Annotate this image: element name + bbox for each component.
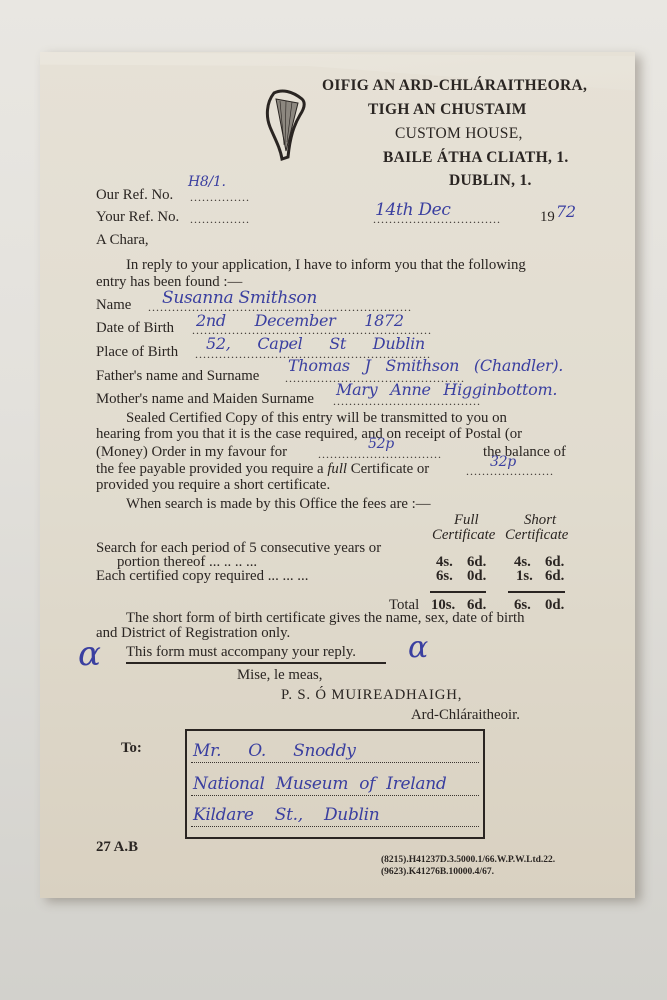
fee-row-2-full-s: 6s.: [436, 568, 453, 585]
address-box: Mr. O. Snoddy National Museum of Ireland…: [185, 729, 485, 839]
address-line-rule-1: [191, 762, 479, 763]
fee-row-2-short-d: 6d.: [545, 568, 564, 585]
balance-value: 52p: [368, 436, 394, 452]
office-name-irish: OIFIG AN ARD-CHLÁRAITHEORA,: [322, 77, 587, 95]
full-total-rule: [430, 591, 486, 593]
pob-value: 52, Capel St Dublin: [206, 334, 425, 353]
full-italic: full: [327, 461, 347, 477]
sealed-line-5: provided you require a short certificate…: [96, 477, 330, 494]
dob-label: Date of Birth: [96, 320, 174, 337]
building-name-irish: TIGH AN CHUSTAIM: [368, 101, 527, 119]
printer-code-1: (8215).H41237D.3.5000.1/66.W.P.W.Ltd.22.: [381, 855, 555, 865]
handwritten-mark-right: α: [408, 630, 428, 665]
mother-label: Mother's name and Maiden Surname: [96, 391, 314, 408]
col-full-2: Certificate: [432, 527, 495, 544]
sealed-line-1: Sealed Certified Copy of this entry will…: [126, 410, 507, 427]
address-line-rule-3: [191, 826, 479, 827]
city-irish: BAILE ÁTHA CLIATH, 1.: [383, 149, 569, 167]
father-label: Father's name and Surname: [96, 368, 259, 385]
sealed-line-4b-text: Certificate or: [351, 461, 429, 477]
accompany-notice: This form must accompany your reply.: [126, 644, 356, 661]
date-day-month: 14th Dec: [375, 200, 451, 220]
printer-code-2: (9623).K41276B.10000.4/67.: [381, 867, 494, 877]
address-line-3: Kildare St., Dublin: [193, 805, 379, 825]
address-line-1: Mr. O. Snoddy: [193, 741, 356, 761]
address-line-rule-2: [191, 795, 479, 796]
your-ref-label: Your Ref. No.: [96, 209, 179, 226]
total-short-d: 0d.: [545, 597, 564, 614]
father-value: Thomas J Smithson (Chandler).: [288, 356, 563, 375]
sealed-line-2: hearing from you that it is the case req…: [96, 426, 522, 443]
intro-line-1: In reply to your application, I have to …: [126, 257, 526, 274]
name-label: Name: [96, 297, 131, 314]
signatory-name: P. S. Ó MUIREADHAIGH,: [281, 687, 462, 704]
sealed-line-3a: (Money) Order in my favour for: [96, 444, 287, 461]
your-ref-dots: ...............: [190, 212, 250, 227]
accompany-underline: [126, 662, 386, 664]
harp-icon: [262, 87, 310, 163]
date-year-prefix: 19: [540, 209, 555, 226]
mother-value: Mary Anne Higginbottom.: [336, 380, 557, 399]
short-form-line-2: and District of Registration only.: [96, 625, 290, 642]
closing-mise: Mise, le meas,: [237, 667, 322, 684]
handwritten-mark-left: α: [78, 634, 101, 674]
our-ref-label: Our Ref. No.: [96, 187, 173, 204]
city-english: DUBLIN, 1.: [449, 172, 532, 190]
date-year-value: 72: [556, 202, 576, 221]
salutation: A Chara,: [96, 232, 149, 249]
fee-row-2-label-1: Each certified copy required ... ... ...: [96, 568, 308, 585]
to-label: To:: [121, 740, 142, 757]
address-line-2: National Museum of Ireland: [193, 774, 447, 794]
sealed-line-4a: the fee payable provided you require a f…: [96, 461, 429, 478]
dob-value: 2nd December 1872: [196, 311, 404, 330]
form-code: 27 A.B: [96, 839, 138, 856]
sealed-line-4a-text: the fee payable provided you require a: [96, 461, 324, 477]
fee-row-2-short-s: 1s.: [516, 568, 533, 585]
short-total-rule: [508, 591, 565, 593]
signatory-title: Ard-Chláraitheoir.: [411, 707, 520, 724]
fees-intro: When search is made by this Office the f…: [126, 496, 431, 513]
building-name-english: CUSTOM HOUSE,: [395, 125, 523, 143]
name-value: Susanna Smithson: [162, 288, 317, 308]
our-ref-dots: ...............: [190, 190, 250, 205]
short-fee-value: 32p: [490, 454, 516, 470]
col-short-2: Certificate: [505, 527, 568, 544]
our-ref-value: H8/1.: [188, 174, 226, 190]
pob-label: Place of Birth: [96, 344, 178, 361]
fee-row-2-full-d: 0d.: [467, 568, 486, 585]
